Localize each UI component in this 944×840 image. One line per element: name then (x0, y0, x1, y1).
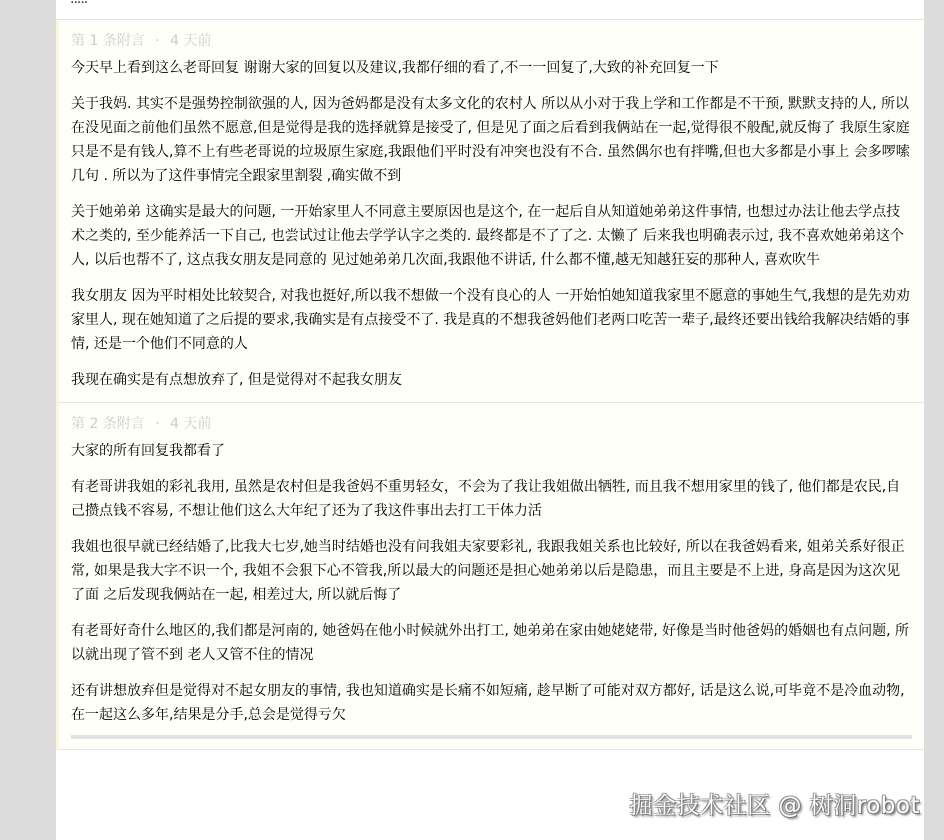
paragraph: 还有讲想放弃但是觉得对不起女朋友的事情, 我也知道确实是长痛不如短痛, 趁早断了… (71, 679, 912, 727)
paragraph: 我现在确实是有点想放弃了, 但是觉得对不起我女朋友 (71, 368, 912, 392)
watermark: 掘金技术社区 @ 树洞robot (630, 787, 920, 820)
appendix-body: 今天早上看到这么老哥回复 谢谢大家的回复以及建议,我都仔细的看了,不一一回复了,… (71, 56, 912, 392)
appendix-header: 第 2 条附言 · 4 天前 (71, 413, 912, 435)
paragraph: 关于她弟弟 这确实是最大的问题, 一开始家里人不同意主要原因也是这个, 在一起后… (71, 200, 912, 272)
topic-column: ..... 第 1 条附言 · 4 天前 今天早上看到这么老哥回复 谢谢大家的回… (56, 0, 924, 840)
divider (71, 735, 912, 739)
appendix-label: 第 1 条附言 (71, 33, 145, 49)
paragraph: 有老哥好奇什么地区的,我们都是河南的, 她爸妈在他小时候就外出打工, 她弟弟在家… (71, 619, 912, 667)
paragraph: 今天早上看到这么老哥回复 谢谢大家的回复以及建议,我都仔细的看了,不一一回复了,… (71, 56, 912, 80)
appendix-2: 第 2 条附言 · 4 天前 大家的所有回复我都看了 有老哥讲我姐的彩礼我用, … (56, 403, 924, 750)
paragraph: 关于我妈. 其实不是强势控制欲强的人, 因为爸妈都是没有太多文化的农村人 所以从… (71, 92, 912, 188)
appendix-time: 4 天前 (170, 33, 211, 49)
paragraph: 我女朋友 因为平时相处比较契合, 对我也挺好,所以我不想做一个没有良心的人 一开… (71, 284, 912, 356)
separator: · (149, 416, 165, 432)
appendix-header: 第 1 条附言 · 4 天前 (71, 30, 912, 52)
truncated-text: ..... (70, 0, 87, 6)
appendix-body: 大家的所有回复我都看了 有老哥讲我姐的彩礼我用, 虽然是农村但是我爸妈不重男轻女… (71, 439, 912, 727)
appendix-time: 4 天前 (170, 416, 211, 432)
appendix-label: 第 2 条附言 (71, 416, 145, 432)
separator: · (149, 33, 165, 49)
appendix-1: 第 1 条附言 · 4 天前 今天早上看到这么老哥回复 谢谢大家的回复以及建议,… (56, 20, 924, 403)
paragraph: 我姐也很早就已经结婚了,比我大七岁,她当时结婚也没有问我姐夫家要彩礼, 我跟我姐… (71, 535, 912, 607)
topic-content-top: ..... (56, 0, 924, 20)
paragraph: 有老哥讲我姐的彩礼我用, 虽然是农村但是我爸妈不重男轻女，不会为了我让我姐做出牺… (71, 475, 912, 523)
paragraph: 大家的所有回复我都看了 (71, 439, 912, 463)
